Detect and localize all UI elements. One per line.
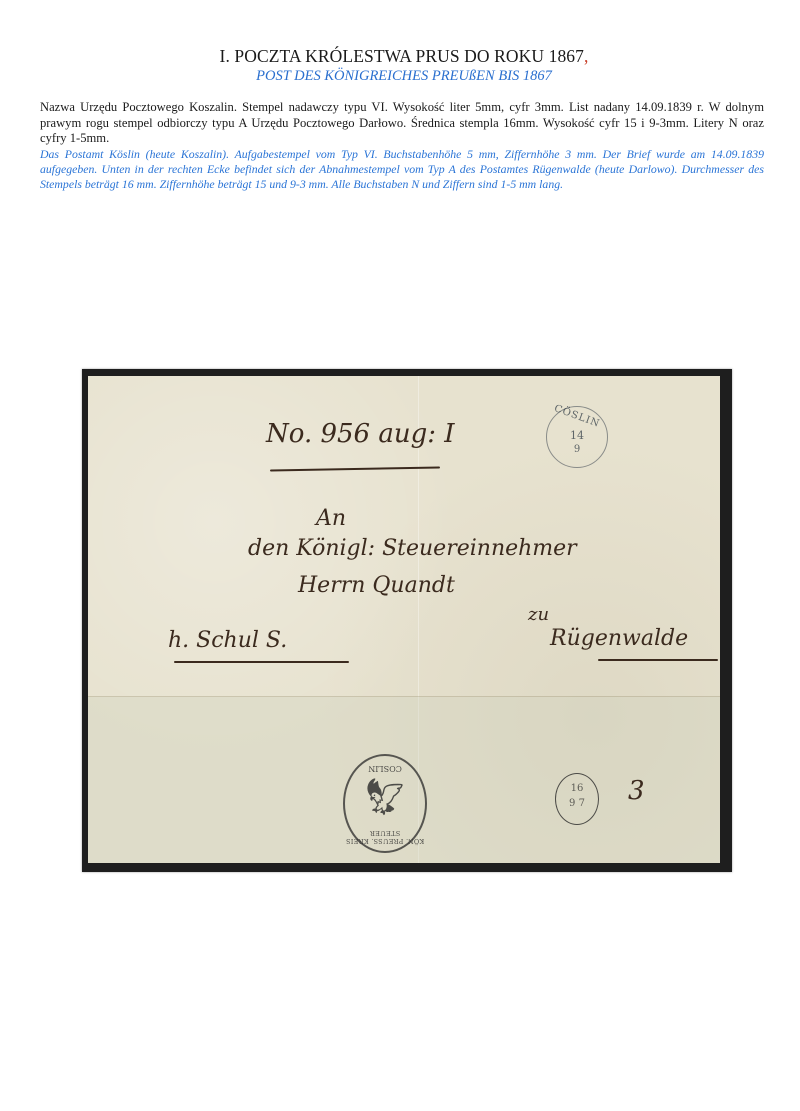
underline-left-note: [174, 661, 349, 663]
title-mark: ,: [584, 46, 588, 66]
origin-postmark-name: CÖSLIN: [547, 401, 607, 432]
origin-postmark-day: 14: [547, 429, 607, 442]
description-german: Das Postamt Köslin (heute Koszalin). Auf…: [40, 147, 764, 193]
title-polish-text: I. POCZTA KRÓLESTWA PRUS DO ROKU 1867: [220, 46, 584, 66]
description-block: Nazwa Urzędu Pocztowego Koszalin. Stempe…: [40, 100, 764, 192]
seal-ring-text: KÖN. PREUSS. KREIS STEUER: [345, 829, 425, 845]
eagle-icon: 🦅︎: [345, 778, 425, 818]
letter-paper: No. 956 aug: I CÖSLIN 14 9 An den Königl…: [88, 376, 720, 863]
handwriting-an: An: [316, 506, 346, 531]
official-seal-stamp: CÖSLIN 🦅︎ KÖN. PREUSS. KREIS STEUER: [343, 754, 427, 853]
arrival-postmark: 16 9 7: [555, 773, 599, 825]
underline-city: [598, 659, 718, 661]
handwriting-zu: zu: [528, 604, 549, 625]
underline-registration: [270, 467, 440, 472]
handwriting-city: Rügenwalde: [550, 626, 688, 651]
handwriting-koenigl: den Königl: Steuereinnehmer: [248, 536, 577, 561]
origin-postmark: CÖSLIN 14 9: [546, 406, 608, 468]
handwriting-herrn: Herrn Quandt: [298, 573, 455, 598]
handwriting-left-note: h. Schul S.: [168, 628, 287, 653]
handwriting-bottom-mark: 3: [628, 776, 645, 806]
paper-fold-line: [88, 696, 720, 697]
arrival-postmark-month: 9 7: [556, 798, 598, 809]
arrival-postmark-day: 16: [556, 783, 598, 794]
title-polish: I. POCZTA KRÓLESTWA PRUS DO ROKU 1867,: [0, 46, 800, 66]
title-german: POST DES KÖNIGREICHES PREUßEN BIS 1867: [0, 67, 800, 85]
origin-postmark-month: 9: [547, 444, 607, 455]
description-polish: Nazwa Urzędu Pocztowego Koszalin. Stempe…: [40, 100, 764, 147]
handwriting-registration: No. 956 aug: I: [266, 419, 455, 449]
seal-top-text: CÖSLIN: [345, 764, 425, 773]
letter-mount: No. 956 aug: I CÖSLIN 14 9 An den Königl…: [82, 369, 732, 872]
page-header: I. POCZTA KRÓLESTWA PRUS DO ROKU 1867, P…: [0, 46, 800, 85]
